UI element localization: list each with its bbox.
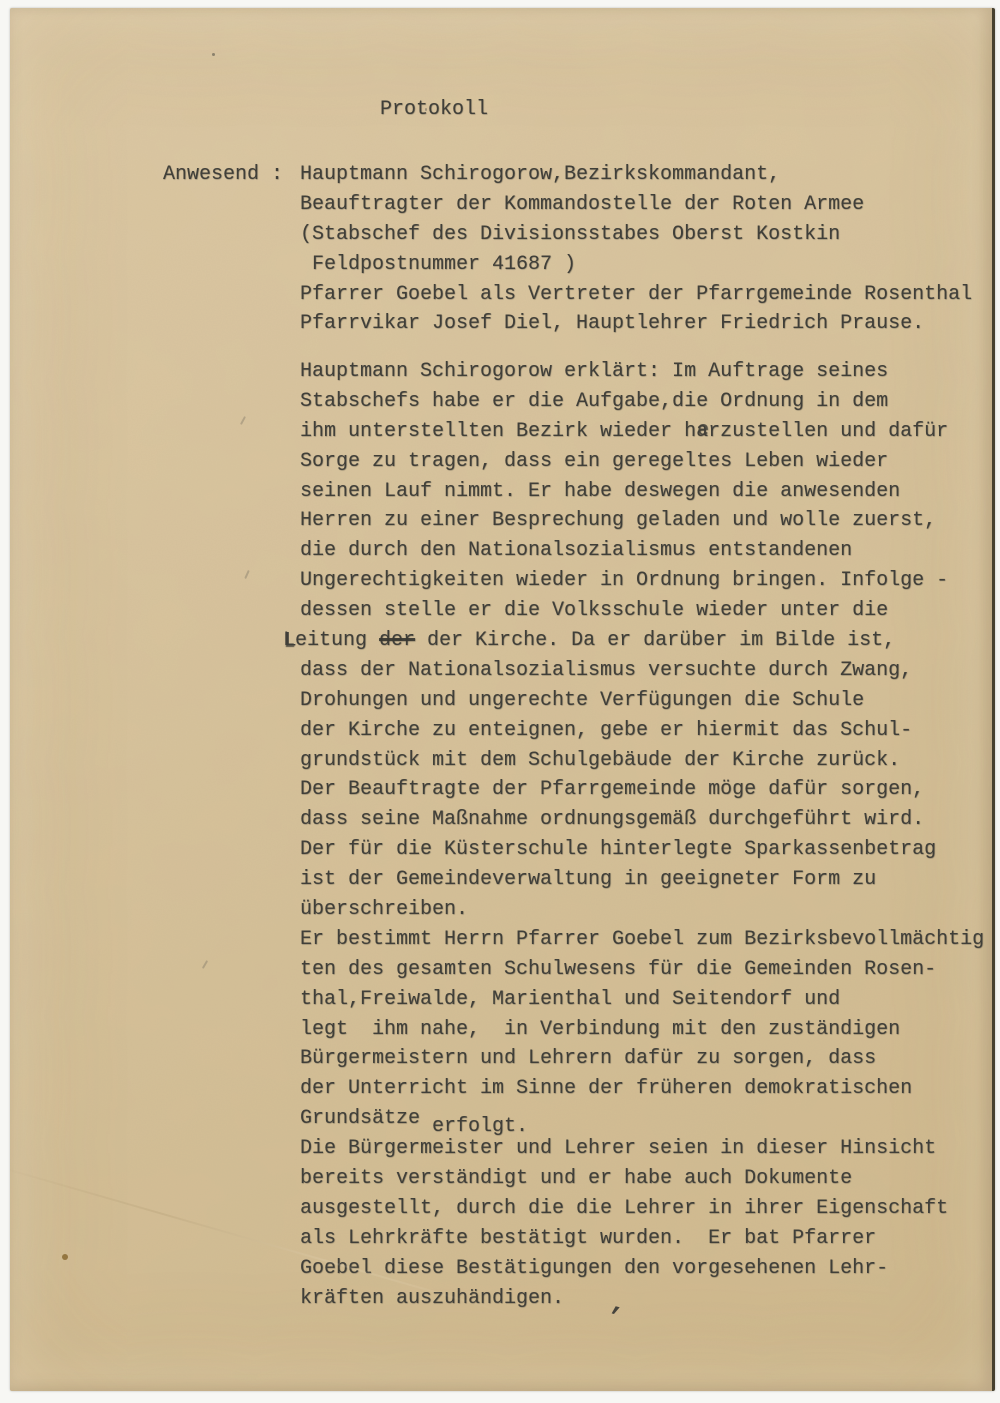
text-line: ist der Gemeindeverwaltung in geeigneter… bbox=[300, 865, 984, 895]
text-line: die durch den Nationalsozialismus entsta… bbox=[300, 536, 984, 566]
attendees-label: Anwesend : bbox=[163, 160, 283, 190]
text-segment-strike: der bbox=[379, 629, 415, 652]
text-line: überschreiben. bbox=[300, 895, 984, 925]
margin-tick-mark bbox=[244, 570, 249, 579]
paper-speck bbox=[425, 108, 427, 111]
text-line: als Lehrkräfte bestätigt wurden. Er bat … bbox=[300, 1224, 984, 1254]
paper-speck bbox=[212, 53, 215, 56]
text-line: Hauptmann Schirogorow,Bezirkskommandant, bbox=[300, 160, 972, 190]
text-line: dass seine Maßnahme ordnungsgemäß durchg… bbox=[300, 805, 984, 835]
text-line: (Stabschef des Divisionsstabes Oberst Ko… bbox=[300, 220, 972, 250]
text-line: Stabschefs habe er die Aufgabe,die Ordnu… bbox=[300, 387, 984, 417]
text-line: ihm unterstellten Bezirk wieder haerzust… bbox=[300, 417, 984, 447]
text-line: der Unterricht im Sinne der früheren dem… bbox=[300, 1074, 984, 1104]
text-segment: rzustellen und dafür bbox=[708, 420, 948, 443]
paper-speck bbox=[62, 1254, 68, 1260]
text-line: Pfarrer Goebel als Vertreter der Pfarrge… bbox=[300, 280, 972, 310]
text-line: Leitung der der Kirche. Da er darüber im… bbox=[283, 626, 984, 656]
text-line: Hauptmann Schirogorow erklärt: Im Auftra… bbox=[300, 357, 984, 387]
text-line: kräften auszuhändigen. bbox=[300, 1284, 984, 1314]
text-segment-dbl: L bbox=[283, 629, 295, 652]
document-title: Protokoll bbox=[380, 95, 488, 125]
attendees-list: Hauptmann Schirogorow,Bezirkskommandant,… bbox=[300, 160, 972, 339]
text-line: Feldpostnummer 41687 ) bbox=[300, 250, 972, 280]
text-line: Bürgermeistern und Lehrern dafür zu sorg… bbox=[300, 1044, 984, 1074]
document-body: Hauptmann Schirogorow erklärt: Im Auftra… bbox=[300, 357, 984, 1314]
text-line: Sorge zu tragen, dass ein geregeltes Leb… bbox=[300, 447, 984, 477]
text-line: Er bestimmt Herrn Pfarrer Goebel zum Bez… bbox=[300, 925, 984, 955]
stray-typed-mark: ’ bbox=[604, 1306, 624, 1329]
text-segment: Grundsätze bbox=[300, 1107, 432, 1130]
text-line: dass der Nationalsozialismus versuchte d… bbox=[300, 656, 984, 686]
text-line: der Kirche zu enteignen, gebe er hiermit… bbox=[300, 716, 984, 746]
margin-tick-mark bbox=[240, 416, 246, 425]
text-line: Der Beauftragte der Pfarrgemeinde möge d… bbox=[300, 775, 984, 805]
text-line: Drohungen und ungerechte Verfügungen die… bbox=[300, 686, 984, 716]
text-line: grundstück mit dem Schulgebäude der Kirc… bbox=[300, 746, 984, 776]
text-segment-ot: ae bbox=[696, 417, 708, 447]
text-line: ausgestellt, durch die die Lehrer in ihr… bbox=[300, 1194, 984, 1224]
text-segment: der Kirche. Da er darüber im Bilde ist, bbox=[415, 629, 895, 652]
text-segment: ihm unterstellten Bezirk wieder h bbox=[300, 420, 696, 443]
scanned-paper-sheet: Protokoll Anwesend : Hauptmann Schirogor… bbox=[10, 8, 995, 1391]
text-line: bereits verständigt und er habe auch Dok… bbox=[300, 1164, 984, 1194]
text-line: Ungerechtigkeiten wieder in Ordnung brin… bbox=[300, 566, 984, 596]
text-line: Grundsätze erfolgt. bbox=[300, 1104, 984, 1134]
text-line: seinen Lauf nimmt. Er habe deswegen die … bbox=[300, 477, 984, 507]
margin-tick-mark bbox=[202, 960, 208, 969]
text-line: Herren zu einer Besprechung geladen und … bbox=[300, 506, 984, 536]
text-line: Goebel diese Bestätigungen den vorgesehe… bbox=[300, 1254, 984, 1284]
text-segment-low: erfolgt. bbox=[432, 1115, 528, 1138]
overtyped-character: e bbox=[697, 416, 709, 446]
text-line: legt ihm nahe, in Verbindung mit den zus… bbox=[300, 1015, 984, 1045]
text-line: Beauftragter der Kommandostelle der Rote… bbox=[300, 190, 972, 220]
text-line: Die Bürgermeister und Lehrer seien in di… bbox=[300, 1134, 984, 1164]
text-line: ten des gesamten Schulwesens für die Gem… bbox=[300, 955, 984, 985]
text-segment: eitung bbox=[295, 629, 379, 652]
text-line: dessen stelle er die Volksschule wieder … bbox=[300, 596, 984, 626]
text-line: thal,Freiwalde, Marienthal und Seitendor… bbox=[300, 985, 984, 1015]
text-line: Pfarrvikar Josef Diel, Hauptlehrer Fried… bbox=[300, 309, 972, 339]
text-line: Der für die Küsterschule hinterlegte Spa… bbox=[300, 835, 984, 865]
